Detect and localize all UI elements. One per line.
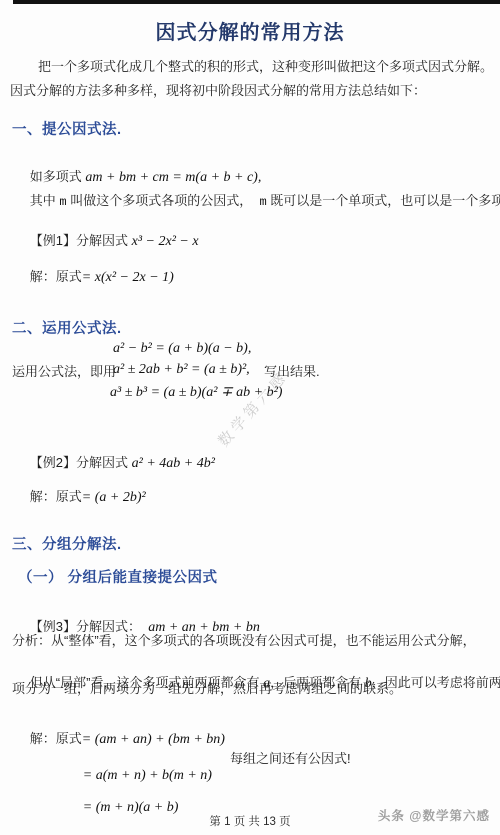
example2-solution-line: 解：原式= (a + 2b)² — [12, 470, 146, 524]
section2-heading: 二、运用公式法. — [12, 317, 122, 338]
example2-expr: a² + 4ab + 4b² — [132, 456, 215, 471]
section3-heading: 三、分组分解法. — [12, 533, 122, 554]
example1-solution-label: 解：原式 — [30, 269, 82, 284]
example1-prompt: 分解因式 — [76, 233, 132, 248]
section1-heading: 一、提公因式法. — [12, 118, 122, 139]
section3-subheading: （一） 分组后能直接提公因式 — [18, 566, 218, 587]
example1-solution-line: 解：原式= x(x² − 2x − 1) — [12, 250, 174, 304]
scan-edge-bar — [13, 0, 500, 4]
section2-formula-1: a² − b² = (a + b)(a − b), — [113, 341, 251, 357]
intro-line-1: 把一个多项式化成几个整式的积的形式，这种变形叫做把这个多项式因式分解。 — [38, 58, 493, 75]
analysis-line-3: 项分为一组，后两项分为一组先分解，然后再考虑两组之间的联系。 — [12, 680, 402, 697]
diagonal-watermark: 数学第六感 — [213, 366, 292, 451]
section2-lead: 运用公式法，即用 — [12, 363, 116, 380]
document-page: 因式分解的常用方法 把一个多项式化成几个整式的积的形式，这种变形叫做把这个多项式… — [0, 0, 500, 835]
example2-prompt: 分解因式 — [76, 455, 132, 470]
example1-label: 【例1】 — [30, 233, 76, 248]
note-text: 其中 — [30, 193, 60, 208]
note-var-m1: m — [59, 195, 66, 209]
section2-formula-2: a² ± 2ab + b² = (a ± b)², — [113, 362, 250, 378]
intro-line-2: 因式分解的方法多种多样，现将初中阶段因式分解的常用方法总结如下： — [10, 82, 426, 99]
solution-step2-note: 每组之间还有公因式! — [230, 750, 351, 767]
example3-solution-label: 解：原式 — [30, 731, 82, 746]
example1-expr: x³ − 2x² − x — [132, 234, 199, 249]
example2-solution-expr: = (a + 2b)² — [82, 490, 146, 505]
analysis-line-1: 分析：从“整体”看，这个多项式的各项既没有公因式可提，也不能运用公式分解， — [12, 632, 476, 649]
note-var-m2: m — [259, 195, 266, 209]
note-text: 既可以是一个单项式，也可以是一个多项式. — [267, 193, 500, 208]
example3-solution-step1: = (am + an) + (bm + bn) — [82, 732, 225, 747]
note-text: 叫做这个多项式各项的公因式， — [67, 193, 260, 208]
example2-label: 【例2】 — [30, 455, 76, 470]
page-title: 因式分解的常用方法 — [0, 16, 500, 45]
example1-solution-expr: = x(x² − 2x − 1) — [82, 270, 174, 285]
brand-watermark: 头条 @数学第六感 — [378, 806, 490, 824]
example2-solution-label: 解：原式 — [30, 489, 82, 504]
